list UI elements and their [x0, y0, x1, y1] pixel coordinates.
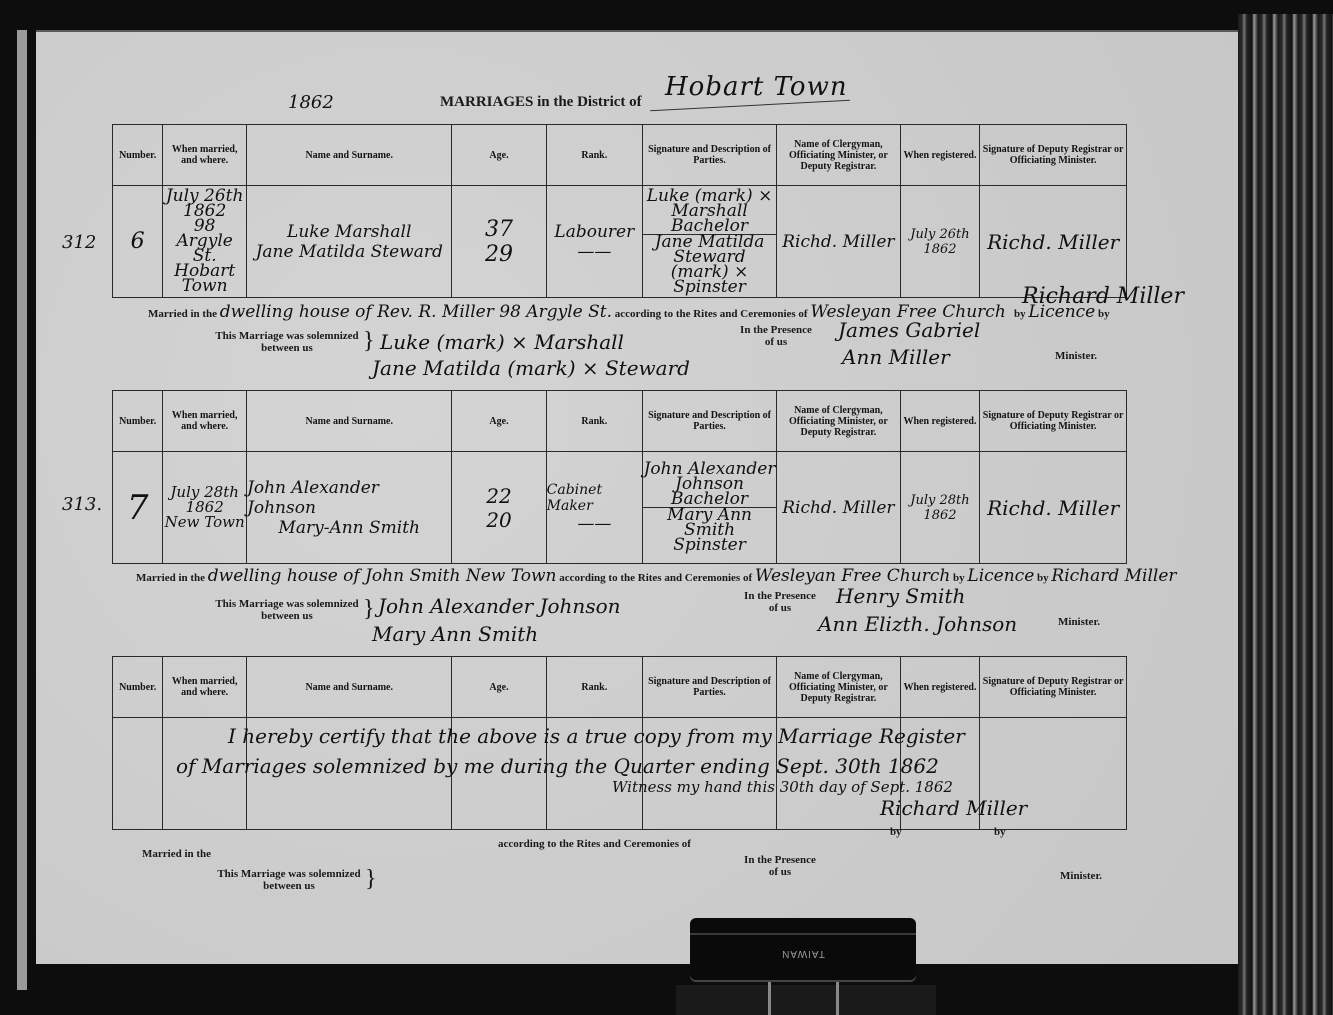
- col-name: Name and Surname.: [247, 391, 452, 452]
- col-clergyman: Name of Clergyman, Officiating Minister,…: [777, 125, 901, 186]
- bride-signature: Jane Matilda Steward (mark) ×Spinster: [643, 234, 776, 295]
- col-when: When married, and where.: [163, 657, 247, 718]
- groom-rank: Labourer: [547, 222, 642, 242]
- col-signature: Signature and Description of Parties.: [643, 657, 777, 718]
- col-rank: Rank.: [546, 391, 642, 452]
- groom-name: Luke Marshall: [247, 222, 451, 242]
- solemnized-party-2: Jane Matilda (mark) × Steward: [372, 356, 690, 380]
- col-when: When married, and where.: [163, 125, 247, 186]
- col-clergyman: Name of Clergyman, Officiating Minister,…: [777, 391, 901, 452]
- bride-name: Jane Matilda Steward: [247, 242, 451, 262]
- binder-clip: TAIWAN: [690, 918, 916, 982]
- col-number: Number.: [113, 657, 163, 718]
- col-name: Name and Surname.: [247, 125, 452, 186]
- margin-reference: 312: [62, 232, 96, 253]
- bride-rank: ——: [547, 242, 642, 262]
- register-table-entry-6: Number. When married, and where. Name an…: [112, 124, 1127, 298]
- col-clergyman: Name of Clergyman, Officiating Minister,…: [777, 657, 901, 718]
- col-number: Number.: [113, 391, 163, 452]
- presence-label: In the Presenceof us: [728, 324, 824, 348]
- bride-age: 20: [452, 508, 545, 532]
- entry-date: July 26th 1862: [163, 189, 246, 219]
- entry-date: July 28th 1862: [163, 485, 246, 515]
- by-method-value: Licence: [967, 566, 1034, 586]
- presence-label: In the Presenceof us: [732, 590, 828, 614]
- groom-age: 22: [452, 484, 545, 508]
- district-name: Hobart Town: [665, 72, 848, 102]
- according-label: according to the Rites and Ceremonies of: [498, 838, 691, 850]
- bride-name: Mary-Ann Smith: [247, 518, 451, 538]
- page-title: MARRIAGES in the District of: [440, 94, 642, 111]
- registered-date: July 28th 1862: [900, 452, 980, 564]
- clergyman-name: Richd. Miller: [777, 186, 901, 298]
- witness-2: Ann Miller: [842, 345, 950, 369]
- col-rank: Rank.: [546, 657, 642, 718]
- certification-signature: Richard Miller: [880, 796, 1027, 820]
- solemnized-party-1: John Alexander Johnson: [378, 594, 621, 618]
- presence-label: In the Presenceof us: [732, 854, 828, 878]
- rites-value: Wesleyan Free Church: [755, 566, 950, 586]
- col-deputy: Signature of Deputy Registrar or Officia…: [980, 657, 1127, 718]
- minister-label: Minister.: [1060, 870, 1102, 882]
- entry-place: 98 Argyle St. Hobart Town: [163, 219, 246, 294]
- book-edge-left: [17, 30, 27, 990]
- witness-1: Henry Smith: [836, 584, 965, 608]
- col-name: Name and Surname.: [247, 657, 452, 718]
- groom-name: John Alexander Johnson: [247, 478, 451, 518]
- certification-line-1: I hereby certify that the above is a tru…: [228, 724, 965, 748]
- entry-number: 7: [113, 452, 163, 564]
- clip-label: TAIWAN: [690, 948, 916, 959]
- clip-wire-right: [836, 982, 839, 1015]
- groom-signature: John Alexander JohnsonBachelor: [643, 462, 776, 507]
- deputy-signature: Richd. Miller: [980, 452, 1127, 564]
- by-minister-value: Richard Miller: [1022, 284, 1184, 309]
- by-minister-value: Richard Miller: [1051, 566, 1176, 586]
- by-label: by: [890, 826, 902, 838]
- registered-date: July 26th 1862: [900, 186, 980, 298]
- certification-line-2: of Marriages solemnized by me during the…: [176, 754, 939, 778]
- col-age: Age.: [452, 391, 546, 452]
- entry-number: 6: [113, 186, 163, 298]
- register-year: 1862: [288, 92, 334, 113]
- clergyman-name: Richd. Miller: [777, 452, 901, 564]
- col-registered: When registered.: [900, 657, 980, 718]
- groom-age: 37: [452, 217, 545, 242]
- book-page-edges: [1238, 14, 1333, 1015]
- col-deputy: Signature of Deputy Registrar or Officia…: [980, 125, 1127, 186]
- clip-wire-left: [768, 982, 771, 1015]
- minister-label: Minister.: [1058, 616, 1100, 628]
- solemnized-label: This Marriage was solemnizedbetween us: [208, 598, 366, 622]
- col-signature: Signature and Description of Parties.: [643, 391, 777, 452]
- col-when: When married, and where.: [163, 391, 247, 452]
- bride-rank: ——: [547, 514, 642, 534]
- bride-age: 29: [452, 242, 545, 267]
- margin-reference: 313.: [62, 494, 102, 515]
- minister-label: Minister.: [1055, 350, 1097, 362]
- married-in-value: dwelling house of Rev. R. Miller 98 Argy…: [220, 302, 612, 322]
- col-rank: Rank.: [546, 125, 642, 186]
- col-age: Age.: [452, 657, 546, 718]
- groom-rank: Cabinet Maker: [547, 482, 642, 514]
- brace-symbol: }: [363, 596, 375, 623]
- deputy-signature: Richd. Miller: [980, 186, 1127, 298]
- col-registered: When registered.: [900, 125, 980, 186]
- col-registered: When registered.: [900, 391, 980, 452]
- solemnized-label: This Marriage was solemnizedbetween us: [208, 330, 366, 354]
- col-signature: Signature and Description of Parties.: [643, 125, 777, 186]
- groom-signature: Luke (mark) × MarshallBachelor: [643, 189, 776, 234]
- solemnized-party-2: Mary Ann Smith: [372, 622, 538, 646]
- brace-symbol: }: [363, 328, 375, 355]
- col-deputy: Signature of Deputy Registrar or Officia…: [980, 391, 1127, 452]
- entry-place: New Town: [163, 515, 246, 530]
- married-in-value: dwelling house of John Smith New Town: [208, 566, 557, 586]
- witness-1: James Gabriel: [838, 318, 980, 342]
- solemnized-party-1: Luke (mark) × Marshall: [380, 330, 624, 354]
- col-age: Age.: [452, 125, 546, 186]
- bride-signature: Mary Ann SmithSpinster: [643, 507, 776, 553]
- married-in-line: Married in the dwelling house of John Sm…: [136, 566, 1177, 586]
- solemnized-label: This Marriage was solemnizedbetween us: [210, 868, 368, 892]
- register-table-entry-7: Number. When married, and where. Name an…: [112, 390, 1127, 564]
- married-in-label: Married in the: [142, 848, 211, 860]
- certification-line-3: Witness my hand this 30th day of Sept. 1…: [612, 778, 953, 796]
- brace-symbol: }: [365, 866, 377, 893]
- book-spine-shadow: [676, 985, 936, 1015]
- witness-2: Ann Elizth. Johnson: [818, 612, 1017, 636]
- by-label: by: [994, 826, 1006, 838]
- col-number: Number.: [113, 125, 163, 186]
